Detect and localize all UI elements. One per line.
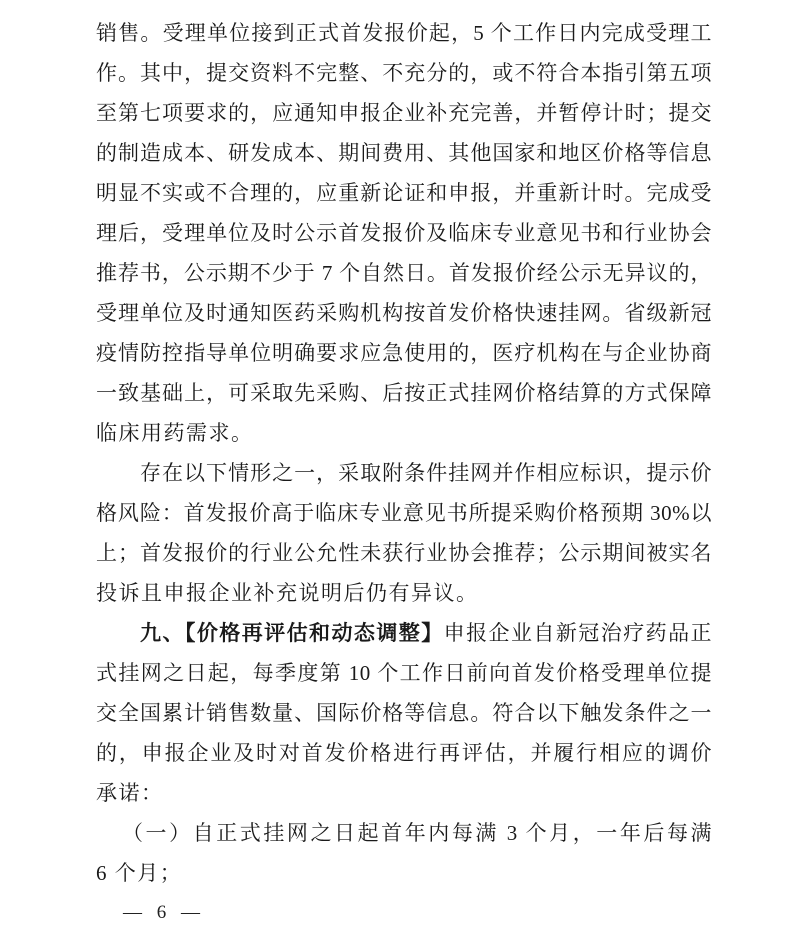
text-line: 推荐书，公示期不少于 7 个自然日。首发报价经公示无异议的，	[96, 253, 712, 293]
text-line: 式挂网之日起，每季度第 10 个工作日前向首发价格受理单位提	[96, 653, 712, 693]
text-line: 格风险：首发报价高于临床专业意见书所提采购价格预期 30%以	[96, 493, 712, 533]
text-line: 上；首发报价的行业公允性未获行业协会推荐；公示期间被实名	[96, 533, 712, 573]
paragraph-first-line: 存在以下情形之一，采取附条件挂网并作相应标识，提示价	[96, 453, 712, 493]
section-heading-rest: 申报企业自新冠治疗药品正	[444, 621, 712, 645]
text-line: 疫情防控指导单位明确要求应急使用的，医疗机构在与企业协商	[96, 333, 712, 373]
text-line: 的制造成本、研发成本、期间费用、其他国家和地区价格等信息	[96, 133, 712, 173]
list-item-line: （一）自正式挂网之日起首年内每满 3 个月，一年后每满	[96, 813, 712, 853]
text-line: 作。其中，提交资料不完整、不充分的，或不符合本指引第五项	[96, 53, 712, 93]
text-line: 理后，受理单位及时公示首发报价及临床专业意见书和行业协会	[96, 213, 712, 253]
paragraph-end-line: 承诺：	[96, 773, 712, 813]
document-page: 销售。受理单位接到正式首发报价起，5 个工作日内完成受理工 作。其中，提交资料不…	[0, 0, 800, 943]
section-heading: 九、【价格再评估和动态调整】	[140, 621, 444, 645]
paragraph-end-line: 临床用药需求。	[96, 413, 712, 453]
text-line: 受理单位及时通知医药采购机构按首发价格快速挂网。省级新冠	[96, 293, 712, 333]
text-line: 明显不实或不合理的，应重新论证和申报，并重新计时。完成受	[96, 173, 712, 213]
text-line: 至第七项要求的，应通知申报企业补充完善，并暂停计时；提交	[96, 93, 712, 133]
paragraph-end-line: 6 个月；	[96, 853, 712, 893]
text-line: 销售。受理单位接到正式首发报价起，5 个工作日内完成受理工	[96, 13, 712, 53]
text-line: 一致基础上，可采取先采购、后按正式挂网价格结算的方式保障	[96, 373, 712, 413]
section-heading-line: 九、【价格再评估和动态调整】申报企业自新冠治疗药品正	[96, 613, 712, 653]
page-number: — 6 —	[96, 899, 712, 927]
document-body: 销售。受理单位接到正式首发报价起，5 个工作日内完成受理工 作。其中，提交资料不…	[96, 13, 712, 893]
paragraph-end-line: 投诉且申报企业补充说明后仍有异议。	[96, 573, 712, 613]
text-line: 交全国累计销售数量、国际价格等信息。符合以下触发条件之一	[96, 693, 712, 733]
text-line: 的，申报企业及时对首发价格进行再评估，并履行相应的调价	[96, 733, 712, 773]
